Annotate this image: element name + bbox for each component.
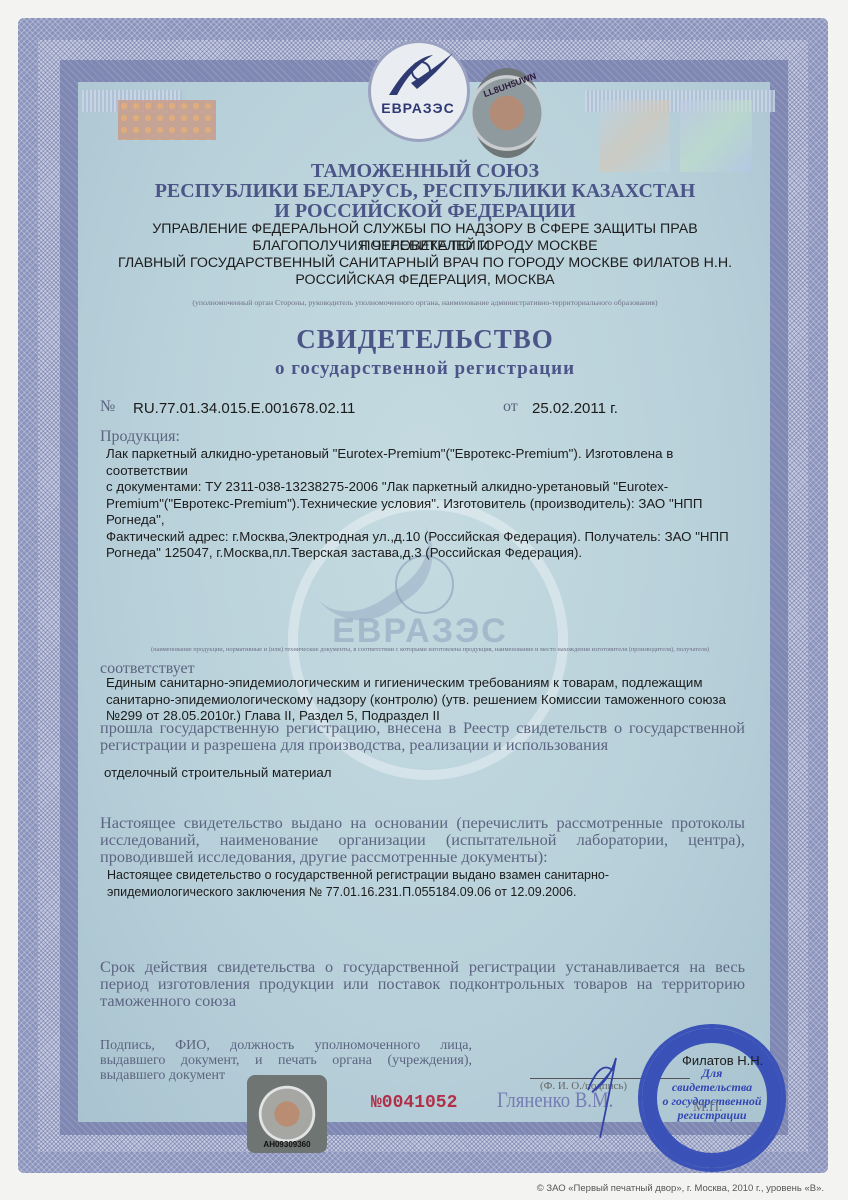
eurasec-emblem: ЕВРАЗЭС — [358, 40, 478, 140]
document-title: СВИДЕТЕЛЬСТВО — [100, 324, 750, 355]
basis-statement: Настоящее свидетельство выдано на основа… — [100, 814, 745, 865]
stamp-line: свидетельства — [662, 1080, 762, 1094]
hologram-code: LL8UH5UWN — [482, 71, 538, 99]
union-title-line3: И РОССИЙСКОЙ ФЕДЕРАЦИИ — [100, 200, 750, 222]
product-line: Фактический адрес: г.Москва,Электродная … — [106, 529, 756, 546]
product-line: Лак паркетный алкидно-уретановый "Eurote… — [106, 446, 756, 479]
basis-documents: Настоящее свидетельство о государственно… — [107, 867, 609, 900]
form-serial-number: №0041052 — [371, 1093, 457, 1113]
authority-line3: ГЛАВНЫЙ ГОСУДАРСТВЕННЫЙ САНИТАРНЫЙ ВРАЧ … — [100, 255, 750, 272]
printer-footer: © ЗАО «Первый печатный двор», г. Москва,… — [537, 1183, 824, 1194]
emblem-disc — [368, 40, 470, 142]
signer-name: Филатов Н.Н. — [682, 1053, 763, 1068]
product-line: Рогнеда" 125047, г.Москва,пл.Тверская за… — [106, 545, 756, 562]
date-label: от — [503, 398, 518, 416]
hologram-code: AH09309360 — [251, 1140, 323, 1149]
validity-statement: Срок действия свидетельства о государств… — [100, 958, 745, 1009]
globe-swoosh-icon — [371, 43, 467, 103]
signature-scribble-icon — [580, 1050, 630, 1140]
number-label: № — [100, 398, 115, 416]
conformity-line: Единым санитарно-эпидемиологическим и ги… — [106, 675, 756, 692]
hologram-seal: LL8UH5UWN — [472, 68, 542, 158]
hologram-sticker: AH09309360 — [247, 1075, 327, 1153]
official-round-stamp: Для свидетельства о государственной реги… — [638, 1024, 786, 1172]
product-label: Продукция: — [100, 428, 180, 446]
basis-line: Настоящее свидетельство о государственно… — [107, 867, 609, 884]
usage-scope: отделочный строительный материал — [104, 765, 332, 782]
document-subtitle: о государственной регистрации — [100, 358, 750, 380]
authority-line4: РОССИЙСКАЯ ФЕДЕРАЦИЯ, МОСКВА — [100, 272, 750, 289]
product-caption: (наименование продукции, нормативные и (… — [100, 646, 760, 653]
registration-number: RU.77.01.34.015.Е.001678.02.11 — [133, 400, 355, 417]
seal-placeholder: М.П. — [693, 1100, 723, 1116]
product-description: Лак паркетный алкидно-уретановый "Eurote… — [106, 446, 756, 562]
product-line: с документами: ТУ 2311-038-13238275-2006… — [106, 479, 756, 496]
product-line: Premium"("Евротекс-Premium").Технические… — [106, 496, 756, 529]
stamp-line: Для — [662, 1066, 762, 1080]
authority-caption: (уполномоченный орган Стороны, руководит… — [100, 298, 750, 307]
union-title-line1: ТАМОЖЕННЫЙ СОЮЗ — [100, 160, 750, 182]
union-title-line2: РЕСПУБЛИКИ БЕЛАРУСЬ, РЕСПУБЛИКИ КАЗАХСТА… — [100, 180, 750, 202]
hologram-pattern — [118, 100, 216, 140]
conformity-line: санитарно-эпидемиологическому надзору (к… — [106, 692, 756, 709]
emblem-label: ЕВРАЗЭС — [358, 100, 478, 116]
basis-line: эпидемиологического заключения № 77.01.1… — [107, 884, 609, 901]
authority-line2: БЛАГОПОЛУЧИЯ ЧЕЛОВЕКА ПО ГОРОДУ МОСКВЕ — [100, 238, 750, 255]
registration-date: 25.02.2011 г. — [532, 400, 618, 417]
registration-statement: прошла государственную регистрацию, внес… — [100, 719, 745, 753]
